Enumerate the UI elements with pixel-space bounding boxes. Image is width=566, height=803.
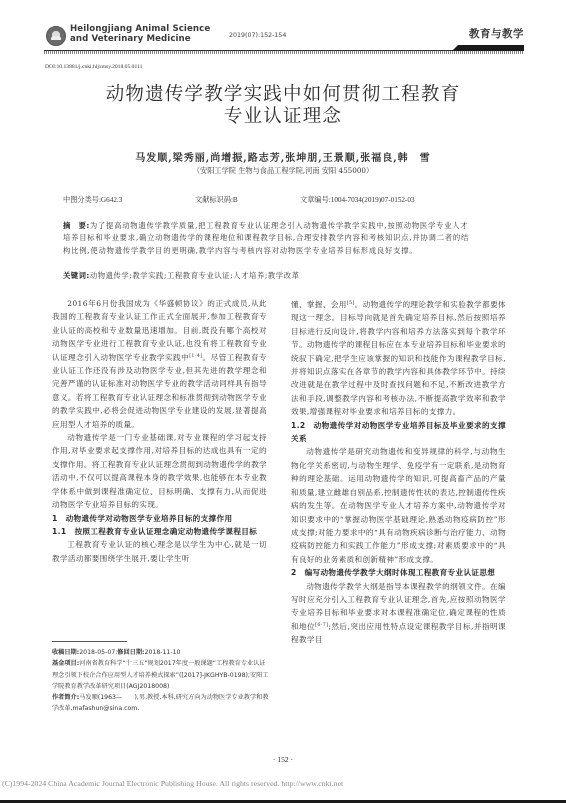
citation[interactable]: [5] bbox=[347, 301, 355, 306]
keywords-text: 动物遗传学;教学实践;工程教育专业认证;人才培养;教学改革 bbox=[90, 271, 300, 280]
journal-name-line2: and Veterinary Medicine bbox=[70, 34, 210, 44]
section-heading-2: 2 编写动物遗传学教学大纲时体现工程教育专业认证思想 bbox=[291, 566, 506, 579]
keywords: 关键词:动物遗传学;教学实践;工程教育专业认证;人才培养;教学改革 bbox=[63, 271, 473, 281]
paragraph: 工程教育专业认证的核心理念是以学生为中心,就是一切教学活动都要围绕学生展开,要让… bbox=[52, 538, 267, 565]
document-code: 文献标识码:B bbox=[195, 195, 238, 205]
affiliation: （安阳工学院 生物与食品工程学院,河南 安阳 455000） bbox=[0, 166, 566, 176]
section-heading-1-2: 1.2 动物遗传学对动物医学专业培养目标及毕业要求的支撑关系 bbox=[291, 419, 506, 446]
footnote: 收稿日期:2018-05-07;修回日期:2018-11-10 基金项目:河南省… bbox=[52, 647, 270, 715]
fund-info: 基金项目:河南省教育科学“十三五”规划2017年度一般课题“工程教育专业认证理念… bbox=[52, 658, 270, 692]
body-column-right: 懂、掌握、会用[5]。动物遗传学的理论教学和实验教学都要体现这一理念。目标导向就… bbox=[291, 298, 506, 647]
citation[interactable]: [6-7] bbox=[315, 623, 328, 628]
paragraph: 动物遗传学是一门专业基础课,对专业课程的学习起支持作用,对毕业要求起支撑作用,对… bbox=[52, 431, 267, 511]
abstract-label: 摘 要: bbox=[63, 221, 90, 230]
abstract-text: 为了提高动物遗传学教学质量,把工程教育专业认证理念引入动物遗传学教学实践中,按照… bbox=[63, 221, 469, 255]
received-date: 收稿日期:2018-05-07;修回日期:2018-11-10 bbox=[52, 647, 270, 658]
page-number: · 152 · bbox=[0, 755, 566, 764]
title-line-2: 专业认证理念 bbox=[0, 106, 566, 128]
footnote-divider bbox=[52, 641, 127, 642]
header-dotted-rule bbox=[44, 51, 524, 54]
citation[interactable]: [1-4] bbox=[189, 354, 202, 359]
copyright-notice: (C)1994-2024 China Academic Journal Elec… bbox=[2, 779, 343, 788]
article-number: 文章编号:1004-7034(2019)07-0152-03 bbox=[300, 195, 415, 205]
clc-number: 中图分类号:G642.3 bbox=[63, 195, 122, 205]
author-bio: 作者简介:马发顺(1963— ),男,教授,本科,研究方向为动物医学专业教学和教… bbox=[52, 692, 270, 715]
authors: 马发顺,梁秀丽,尚增振,路志芳,张坤朋,王景顺,张福良,韩 雪 bbox=[0, 149, 566, 164]
journal-seal-icon bbox=[46, 26, 66, 46]
keywords-label: 关键词: bbox=[63, 271, 90, 280]
section-heading-1-1: 1.1 按照工程教育专业认证理念确定动物遗传学课程目标 bbox=[52, 525, 267, 538]
paper-title: 动物遗传学教学实践中如何贯彻工程教育 专业认证理念 bbox=[0, 84, 566, 128]
journal-header: Heilongjiang Animal Science and Veterina… bbox=[44, 24, 524, 54]
journal-name: Heilongjiang Animal Science and Veterina… bbox=[70, 24, 210, 44]
journal-name-line1: Heilongjiang Animal Science bbox=[70, 24, 210, 34]
paragraph: 动物遗传学是研究动物遗传和变异规律的科学,与动物生物化学关系密切,与动物生理学、… bbox=[291, 445, 506, 566]
body-column-left: 2016年6月份我国成为《华盛顿协议》的正式成员,从此我国的工程教育专业认证工作… bbox=[52, 297, 267, 565]
paragraph: 2016年6月份我国成为《华盛顿协议》的正式成员,从此我国的工程教育专业认证工作… bbox=[52, 297, 267, 431]
title-line-1: 动物遗传学教学实践中如何贯彻工程教育 bbox=[0, 84, 566, 106]
doi[interactable]: DOI:10.13881/j.cnki.hljxmsy.2018.05.0111 bbox=[45, 64, 142, 70]
column-tag: 教育与教学 bbox=[469, 26, 524, 41]
paragraph: 动物遗传学教学大纲是指导本课程教学的纲领文件。在编写时应充分引入工程教育专业认证… bbox=[291, 580, 506, 647]
section-heading-1: 1 动物遗传学对动物医学专业培养目标的支撑作用 bbox=[52, 512, 267, 525]
paragraph: 懂、掌握、会用[5]。动物遗传学的理论教学和实验教学都要体现这一理念。目标导向就… bbox=[291, 298, 506, 419]
issue-info: 2019(07):152-154 bbox=[229, 32, 286, 39]
abstract: 摘 要:为了提高动物遗传学教学质量,把工程教育专业认证理念引入动物遗传学教学实践… bbox=[63, 220, 473, 257]
